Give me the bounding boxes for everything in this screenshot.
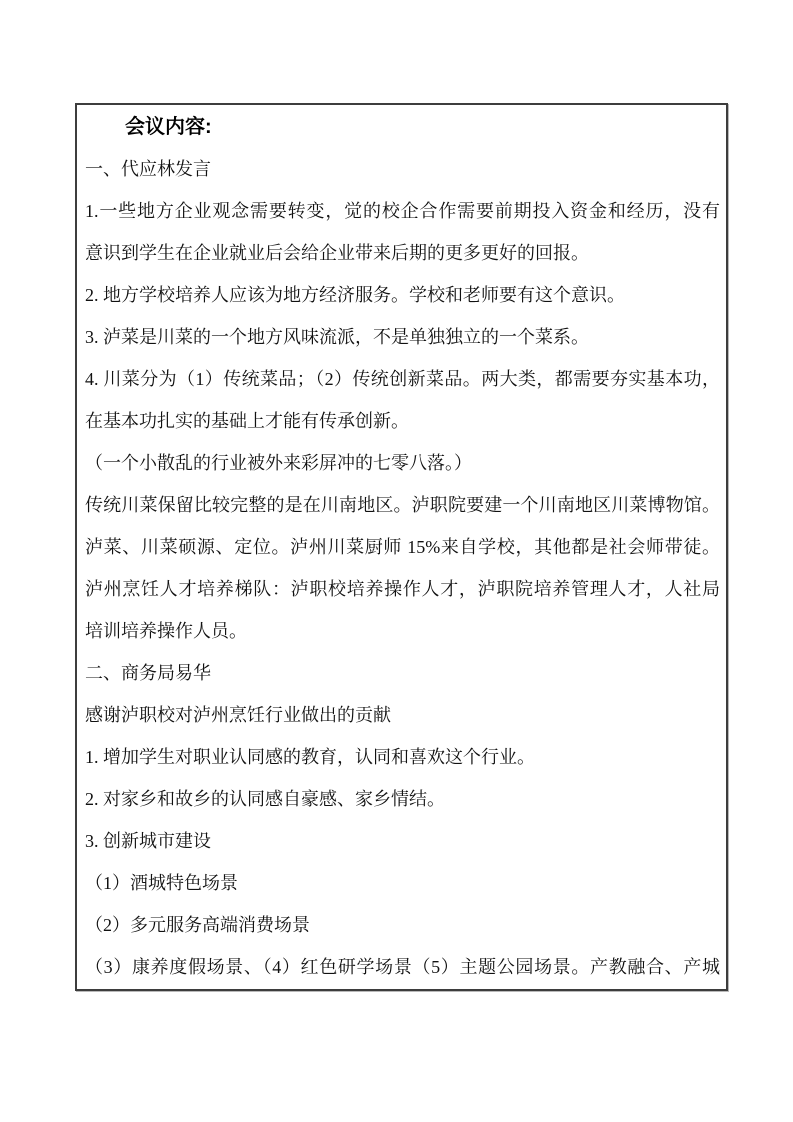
text-line: 4. 川菜分为（1）传统菜品；（2）传统创新菜品。两大类，都需要夯实基本功， (85, 358, 720, 400)
text-line: （2）多元服务高端消费场景 (85, 904, 720, 946)
text-line: （3）康养度假场景、（4）红色研学场景（5）主题公园场景。产教融合、产城 (85, 946, 720, 988)
meeting-content-table-cell: 会议内容: 一、代应林发言1.一些地方企业观念需要转变，觉的校企合作需要前期投入… (75, 103, 728, 991)
text-line: 泸州烹饪人才培养梯队：泸职校培养操作人才，泸职院培养管理人才，人社局 (85, 568, 720, 610)
text-line: 1.一些地方企业观念需要转变，觉的校企合作需要前期投入资金和经历，没有 (85, 190, 720, 232)
content-lines: 一、代应林发言1.一些地方企业观念需要转变，觉的校企合作需要前期投入资金和经历，… (85, 148, 720, 988)
text-line: 意识到学生在企业就业后会给企业带来后期的更多更好的回报。 (85, 232, 720, 274)
text-line: 培训培养操作人员。 (85, 610, 720, 652)
text-line: （1）酒城特色场景 (85, 862, 720, 904)
document-page: { "document": { "heading": "会议内容:", "lin… (0, 0, 793, 1122)
text-line: 2. 对家乡和故乡的认同感自豪感、家乡情结。 (85, 778, 720, 820)
text-line: 二、商务局易华 (85, 652, 720, 694)
section-heading: 会议内容: (85, 106, 720, 148)
text-line: 感谢泸职校对泸州烹饪行业做出的贡献 (85, 694, 720, 736)
text-line: 2. 地方学校培养人应该为地方经济服务。学校和老师要有这个意识。 (85, 274, 720, 316)
text-line: 在基本功扎实的基础上才能有传承创新。 (85, 400, 720, 442)
text-line: 1. 增加学生对职业认同感的教育，认同和喜欢这个行业。 (85, 736, 720, 778)
text-line: 传统川菜保留比较完整的是在川南地区。泸职院要建一个川南地区川菜博物馆。 (85, 484, 720, 526)
text-line: 一、代应林发言 (85, 148, 720, 190)
text-line: 3. 泸菜是川菜的一个地方风味流派，不是单独独立的一个菜系。 (85, 316, 720, 358)
text-line: （一个小散乱的行业被外来彩屏冲的七零八落。） (85, 442, 720, 484)
text-line: 泸菜、川菜硕源、定位。泸州川菜厨师 15%来自学校，其他都是社会师带徒。 (85, 526, 720, 568)
text-line: 3. 创新城市建设 (85, 820, 720, 862)
